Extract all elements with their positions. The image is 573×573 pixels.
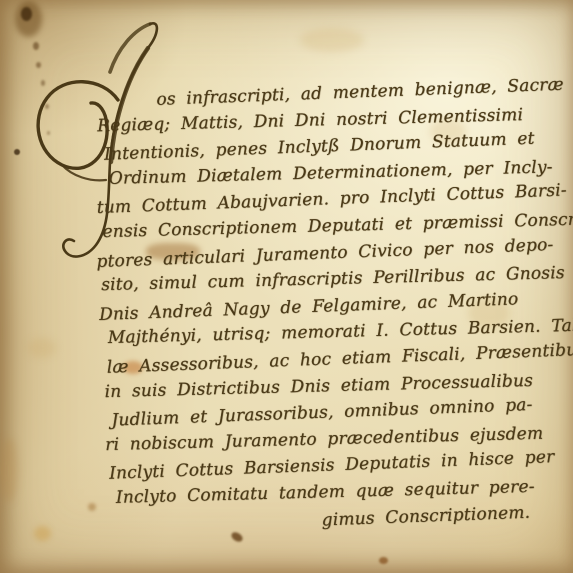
manuscript-text-block: os infrascripti, ad mentem benignæ, Sacr… bbox=[80, 72, 573, 540]
faint-stain bbox=[0, 438, 18, 502]
ink-dot bbox=[379, 557, 388, 564]
foxing-spot bbox=[34, 526, 51, 541]
faint-stain bbox=[300, 28, 364, 52]
manuscript-page: N os infrascripti, ad mentem benignæ, Sa… bbox=[0, 0, 573, 573]
faint-stain bbox=[28, 338, 56, 358]
